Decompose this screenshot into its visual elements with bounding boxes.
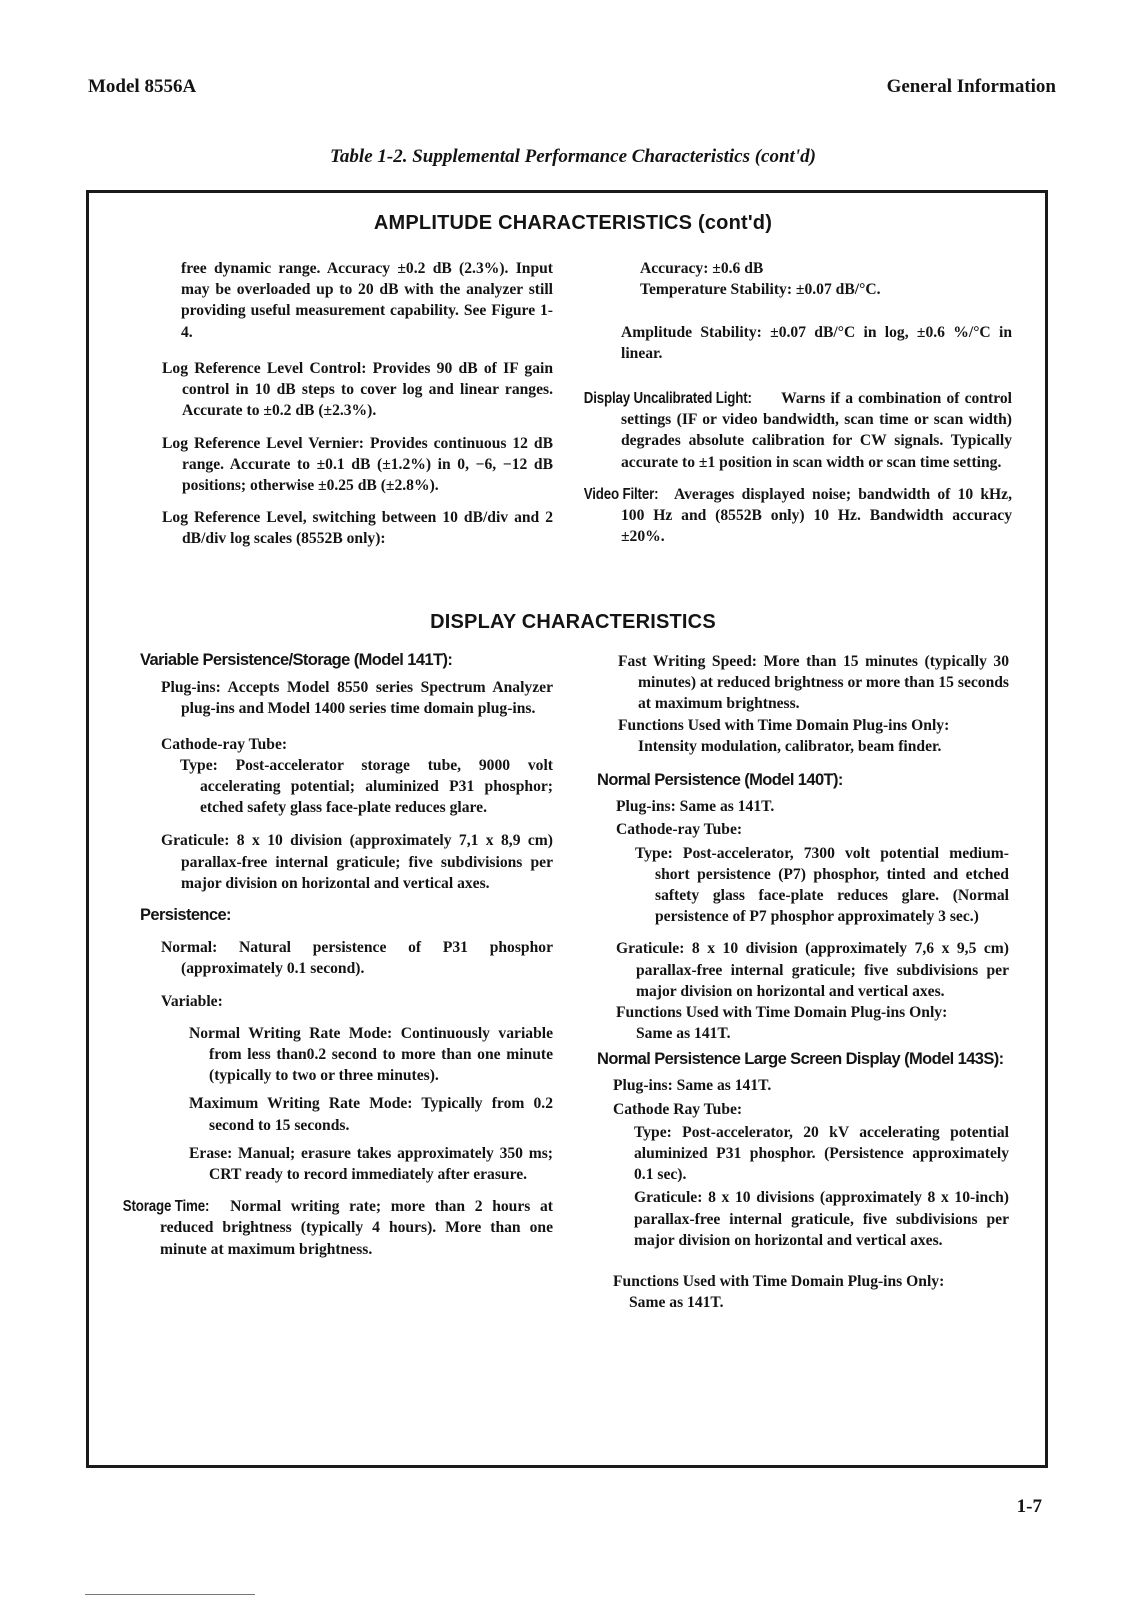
uncal-label: Display Uncalibrated Light:	[601, 388, 752, 409]
display-heading: DISPLAY CHARACTERISTICS	[0, 611, 1146, 634]
np140-functions-text: Same as 141T.	[616, 1023, 1009, 1044]
log-ref-level-switching: Log Reference Level, switching between 1…	[162, 507, 553, 549]
lsd-graticule: Graticule: 8 x 10 divisions (approximate…	[634, 1187, 1009, 1251]
normal-writing-rate-mode: Normal Writing Rate Mode: Continuously v…	[189, 1023, 553, 1087]
lsd-plugins: Plug-ins: Same as 141T.	[613, 1075, 1009, 1096]
amplitude-left-col: Log Reference Level Control: Provides 90…	[162, 358, 553, 550]
lsd-crt-label: Cathode Ray Tube:	[613, 1099, 1009, 1120]
amplitude-right-sub: Accuracy: ±0.6 dB Temperature Stability:…	[640, 258, 1020, 300]
np140-graticule: Graticule: 8 x 10 division (approximatel…	[616, 938, 1009, 1002]
amplitude-stability: Amplitude Stability: ±0.07 dB/°C in log,…	[621, 322, 1012, 364]
vps-plugins: Plug-ins: Accepts Model 8550 series Spec…	[161, 677, 553, 719]
header-model: Model 8556A	[88, 76, 196, 98]
display-right-col: Fast Writing Speed: More than 15 minutes…	[597, 651, 1009, 1313]
amplitude-stability-text: Amplitude Stability: ±0.07 dB/°C in log,…	[621, 322, 1012, 364]
display-left-col: Variable Persistence/Storage (Model 141T…	[140, 650, 553, 1260]
vps-crt-label: Cathode-ray Tube:	[161, 734, 553, 755]
functions-label-141t: Functions Used with Time Domain Plug-ins…	[618, 715, 1009, 736]
vps-graticule: Graticule: 8 x 10 division (approximatel…	[161, 830, 553, 894]
amplitude-right-col: Display Uncalibrated Light: Warns if a c…	[601, 388, 1012, 547]
maximum-writing-rate-mode: Maximum Writing Rate Mode: Typically fro…	[189, 1093, 553, 1135]
persistence-heading: Persistence:	[140, 905, 553, 926]
dynamic-range-text: free dynamic range. Accuracy ±0.2 dB (2.…	[181, 258, 553, 343]
erase-text: Erase: Manual; erasure takes approximate…	[189, 1143, 553, 1185]
display-uncalibrated-light: Display Uncalibrated Light: Warns if a c…	[601, 388, 1012, 473]
log-ref-level-vernier: Log Reference Level Vernier: Provides co…	[162, 433, 553, 497]
video-filter-label: Video Filter:	[601, 484, 658, 505]
np140-crt-label: Cathode-ray Tube:	[616, 819, 1009, 840]
storage-time: Storage Time: Normal writing rate; more …	[140, 1196, 553, 1260]
lsd-functions-text: Same as 141T.	[613, 1292, 1009, 1313]
vps-crt-type: Type: Post-accelerator storage tube, 900…	[180, 755, 553, 819]
accuracy-text: Accuracy: ±0.6 dB	[640, 258, 1020, 279]
np140-functions-label: Functions Used with Time Domain Plug-ins…	[616, 1002, 1009, 1023]
np140-heading: Normal Persistence (Model 140T):	[597, 770, 1009, 791]
video-filter: Video Filter: Averages displayed noise; …	[601, 484, 1012, 548]
log-ref-level-control: Log Reference Level Control: Provides 90…	[162, 358, 553, 422]
amplitude-left-p1: free dynamic range. Accuracy ±0.2 dB (2.…	[181, 258, 553, 343]
lsd-functions-label: Functions Used with Time Domain Plug-ins…	[613, 1271, 1009, 1292]
storage-time-label: Storage Time:	[140, 1196, 209, 1217]
header-section: General Information	[887, 76, 1056, 98]
video-filter-text: Averages displayed noise; bandwidth of 1…	[621, 486, 1012, 545]
persistence-normal: Normal: Natural persistence of P31 phosp…	[161, 937, 553, 979]
footer-rule	[85, 1594, 255, 1595]
storage-time-text: Normal writing rate; more than 2 hours a…	[160, 1198, 553, 1257]
persistence-variable-label: Variable:	[161, 991, 553, 1012]
lsd-heading: Normal Persistence Large Screen Display …	[597, 1050, 1009, 1069]
lsd-crt-type: Type: Post-accelerator, 20 kV accelerati…	[634, 1122, 1009, 1186]
temperature-stability-text: Temperature Stability: ±0.07 dB/°C.	[640, 279, 1020, 300]
page-number: 1-7	[1017, 1496, 1042, 1518]
np140-crt-type: Type: Post-accelerator, 7300 volt potent…	[635, 843, 1009, 928]
fast-writing-speed: Fast Writing Speed: More than 15 minutes…	[618, 651, 1009, 715]
functions-text-141t: Intensity modulation, calibrator, beam f…	[618, 736, 1009, 757]
np140-plugins: Plug-ins: Same as 141T.	[616, 796, 1009, 817]
vps-heading: Variable Persistence/Storage (Model 141T…	[140, 650, 553, 671]
table-title: Table 1-2. Supplemental Performance Char…	[0, 146, 1146, 168]
amplitude-heading: AMPLITUDE CHARACTERISTICS (cont'd)	[0, 212, 1146, 235]
